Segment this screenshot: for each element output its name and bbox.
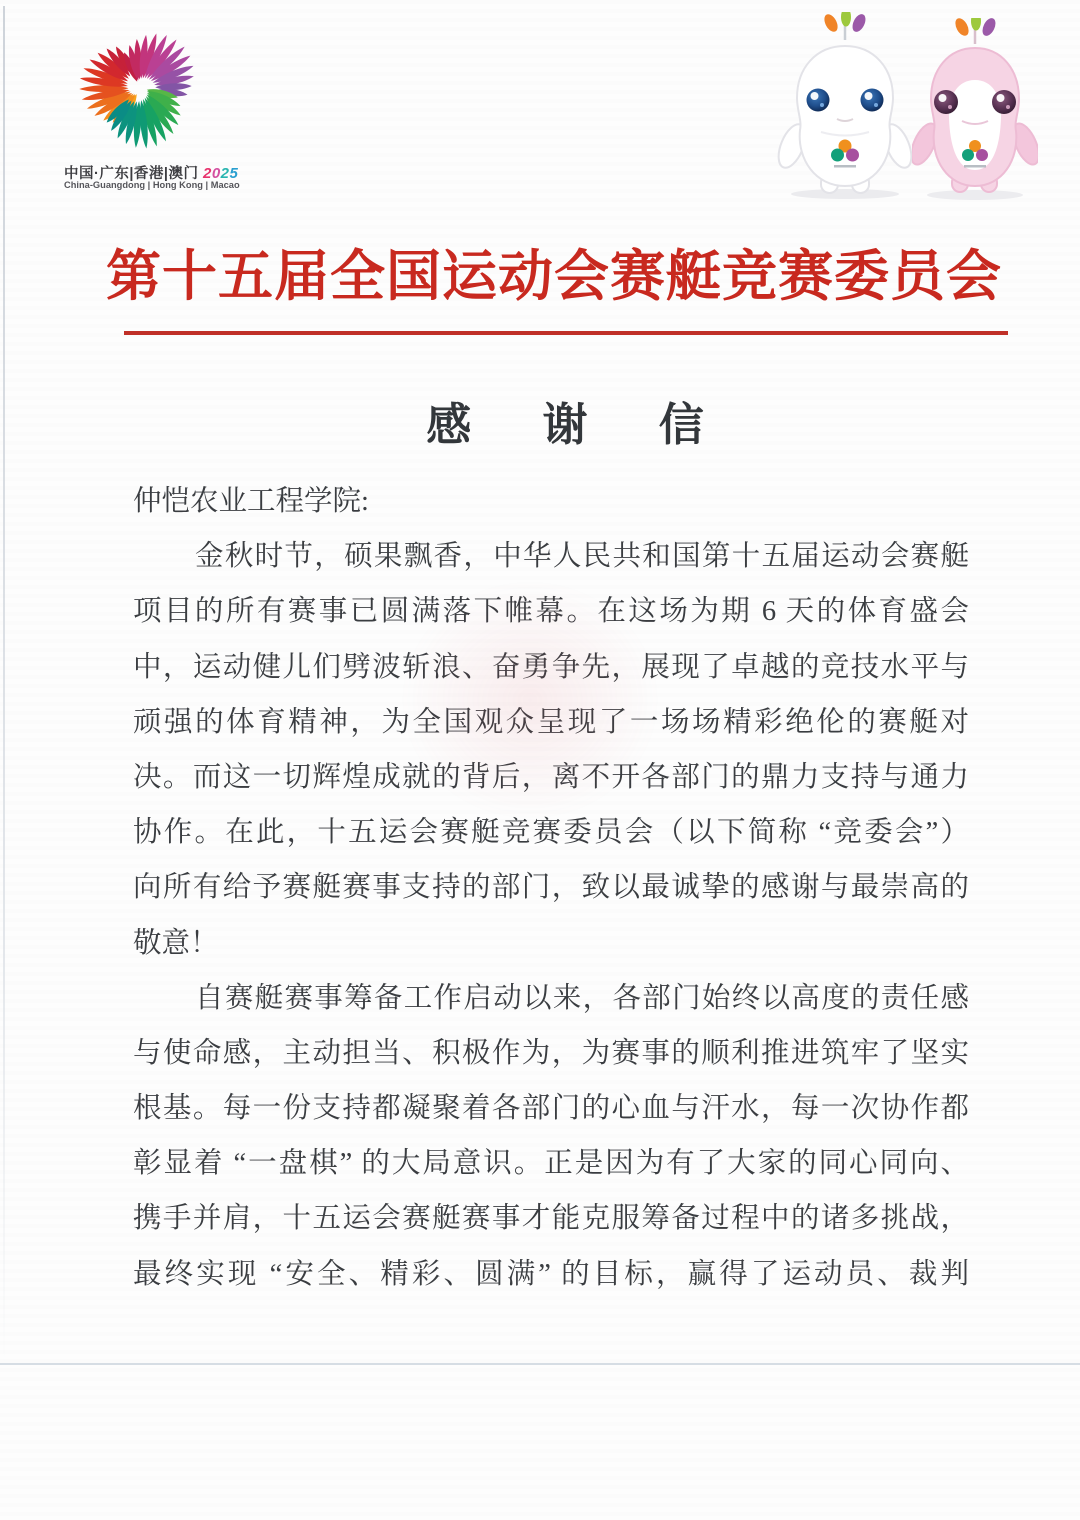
scanned-letter-page: 中国·广东|香港|澳门 2025 China-Guangdong | Hong … [0, 0, 1080, 1520]
letter-salutation: 仲恺农业工程学院: [133, 474, 969, 529]
letter-line: 决。而这一切辉煌成就的背后，离不开各部门的鼎力支持与通力 [133, 750, 969, 805]
letter-line: 根基。每一份支持都凝聚着各部门的心血与汗水，每一次协作都 [133, 1081, 969, 1136]
letter-line: 向所有给予赛艇赛事支持的部门，致以最诚挚的感谢与最崇高的 [133, 860, 969, 915]
title-underline-rule [124, 331, 1008, 335]
mascot-white-dolphin-icon [776, 12, 914, 202]
letter-line: 彰显着 “一盘棋” 的大局意识。正是因为有了大家的同心同向、 [133, 1136, 969, 1191]
games-emblem: 中国·广东|香港|澳门 2025 China-Guangdong | Hong … [58, 18, 288, 169]
scan-edge-line [3, 6, 5, 1362]
letter-line: 携手并肩，十五运会赛艇赛事才能克服筹备过程中的诸多挑战， [133, 1191, 969, 1246]
mascot-pink-dolphin-icon [912, 18, 1038, 202]
scan-bottom-line [0, 1363, 1080, 1365]
letter-line: 协作。在此，十五运会赛艇竞赛委员会（以下简称 “竞委会”） [133, 805, 969, 860]
letter-line: 自赛艇赛事筹备工作启动以来，各部门始终以高度的责任感 [133, 971, 969, 1026]
letter-line: 金秋时节，硕果飘香，中华人民共和国第十五届运动会赛艇 [133, 529, 969, 584]
letter-line: 最终实现 “安全、精彩、圆满” 的目标，赢得了运动员、裁判 [133, 1247, 969, 1302]
organization-title: 第十五届全国运动会赛艇竞赛委员会 [14, 244, 1080, 310]
emblem-english-text: China-Guangdong | Hong Kong | Macao [64, 180, 294, 190]
letter-line: 顽强的体育精神，为全国观众呈现了一场场精彩绝伦的赛艇对 [133, 695, 969, 750]
national-games-emblem-icon [58, 18, 222, 164]
letter-heading: 感 谢 信 [25, 398, 1080, 452]
letter-line: 与使命感，主动担当、积极作为，为赛事的顺利推进筑牢了坚实 [133, 1026, 969, 1081]
letter-line: 项目的所有赛事已圆满落下帷幕。在这场为期 6 天的体育盛会 [133, 584, 969, 639]
letter-line: 中，运动健儿们劈波斩浪、奋勇争先，展现了卓越的竞技水平与 [133, 640, 969, 695]
letter-line: 敬意！ [133, 916, 969, 971]
letter-body: 仲恺农业工程学院: 金秋时节，硕果飘香，中华人民共和国第十五届运动会赛艇 项目的… [133, 474, 969, 1302]
